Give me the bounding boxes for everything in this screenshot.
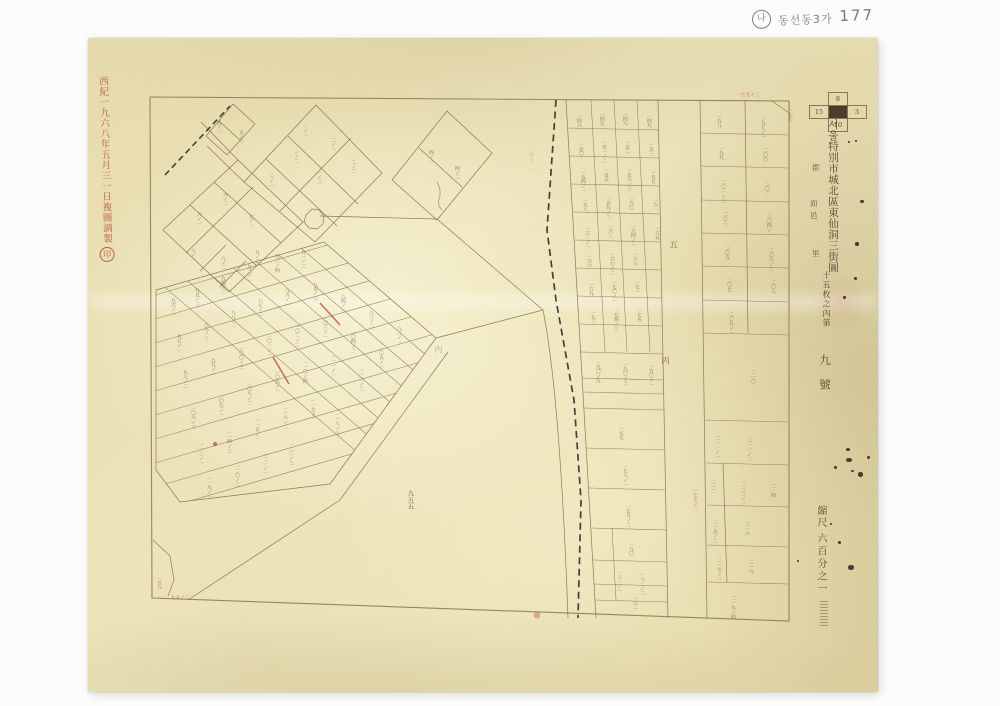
ink-speck: [854, 277, 857, 280]
dense-parcel-grid-outline: [156, 242, 436, 502]
block-outlines-upper-left: [163, 104, 492, 292]
note-lot-number: 177: [839, 6, 874, 25]
ink-speck: [855, 242, 859, 246]
ink-speck: [838, 541, 841, 544]
ink-speck: [848, 565, 854, 570]
scale-footnote-illegible: [820, 601, 828, 627]
ink-speck: [834, 466, 837, 469]
alt-label-gun: 郡: [812, 162, 820, 173]
strip2-outline-and-columns: [700, 100, 789, 618]
ink-speck: [846, 458, 852, 462]
red-stamp-text: 西紀一九六八年五月三一日複圖調製: [97, 76, 112, 244]
ink-speck: [867, 456, 870, 459]
index-sheet-left: 15: [809, 105, 829, 119]
pencil-scribble: [437, 182, 442, 210]
strip1-rows: [568, 128, 668, 602]
street-intersection: [304, 209, 324, 229]
index-current-sheet: [828, 105, 848, 119]
strip1-columns: [591, 100, 650, 600]
alt-label-myeon: 面: [810, 198, 818, 209]
strip2-rows: [700, 133, 789, 584]
scanned-cadastral-map-page: { "note": { "circle": "나", "text": "동선동3…: [0, 0, 1000, 706]
road-edges: [153, 122, 568, 618]
map-title: 서울特別市城北區東仙洞三街圖: [826, 119, 841, 273]
ink-speck: [797, 560, 799, 562]
dashed-boundary-top-left: [165, 106, 230, 175]
red-smudge-bottom: [534, 612, 541, 619]
ink-speck: [851, 470, 854, 472]
strip1-outline: [566, 100, 668, 618]
ink-speck: [848, 141, 850, 143]
map-neatline: [150, 97, 789, 621]
sheet-number: 九號: [817, 354, 833, 403]
alt-label-ri: 里: [812, 248, 820, 259]
scale-label: 縮尺: [813, 505, 828, 529]
dashed-boundary-right: [547, 100, 581, 618]
ink-speck: [830, 523, 832, 525]
red-dot: [213, 442, 217, 446]
ink-speck: [846, 448, 850, 451]
ink-speck: [855, 140, 857, 142]
index-sheet-above: 8: [828, 92, 848, 106]
handwritten-note: 나 동선동3가 177: [752, 6, 875, 29]
ink-speck: [858, 472, 863, 477]
sheet-count-text: 十五枚之內第: [821, 271, 832, 328]
alt-label-eup: 邑: [810, 210, 818, 221]
dense-parcel-grid-lines: [91, 205, 639, 537]
cadastral-map-drawing: [145, 92, 800, 627]
ink-speck: [843, 296, 846, 299]
index-sheet-right: 3: [847, 105, 867, 119]
red-check-strokes: [273, 303, 340, 384]
scale-value: 六百分之一: [813, 533, 828, 596]
note-district-text: 동선동3가: [778, 10, 833, 28]
ink-speck: [860, 200, 864, 203]
note-circled-letter: 나: [752, 9, 772, 29]
